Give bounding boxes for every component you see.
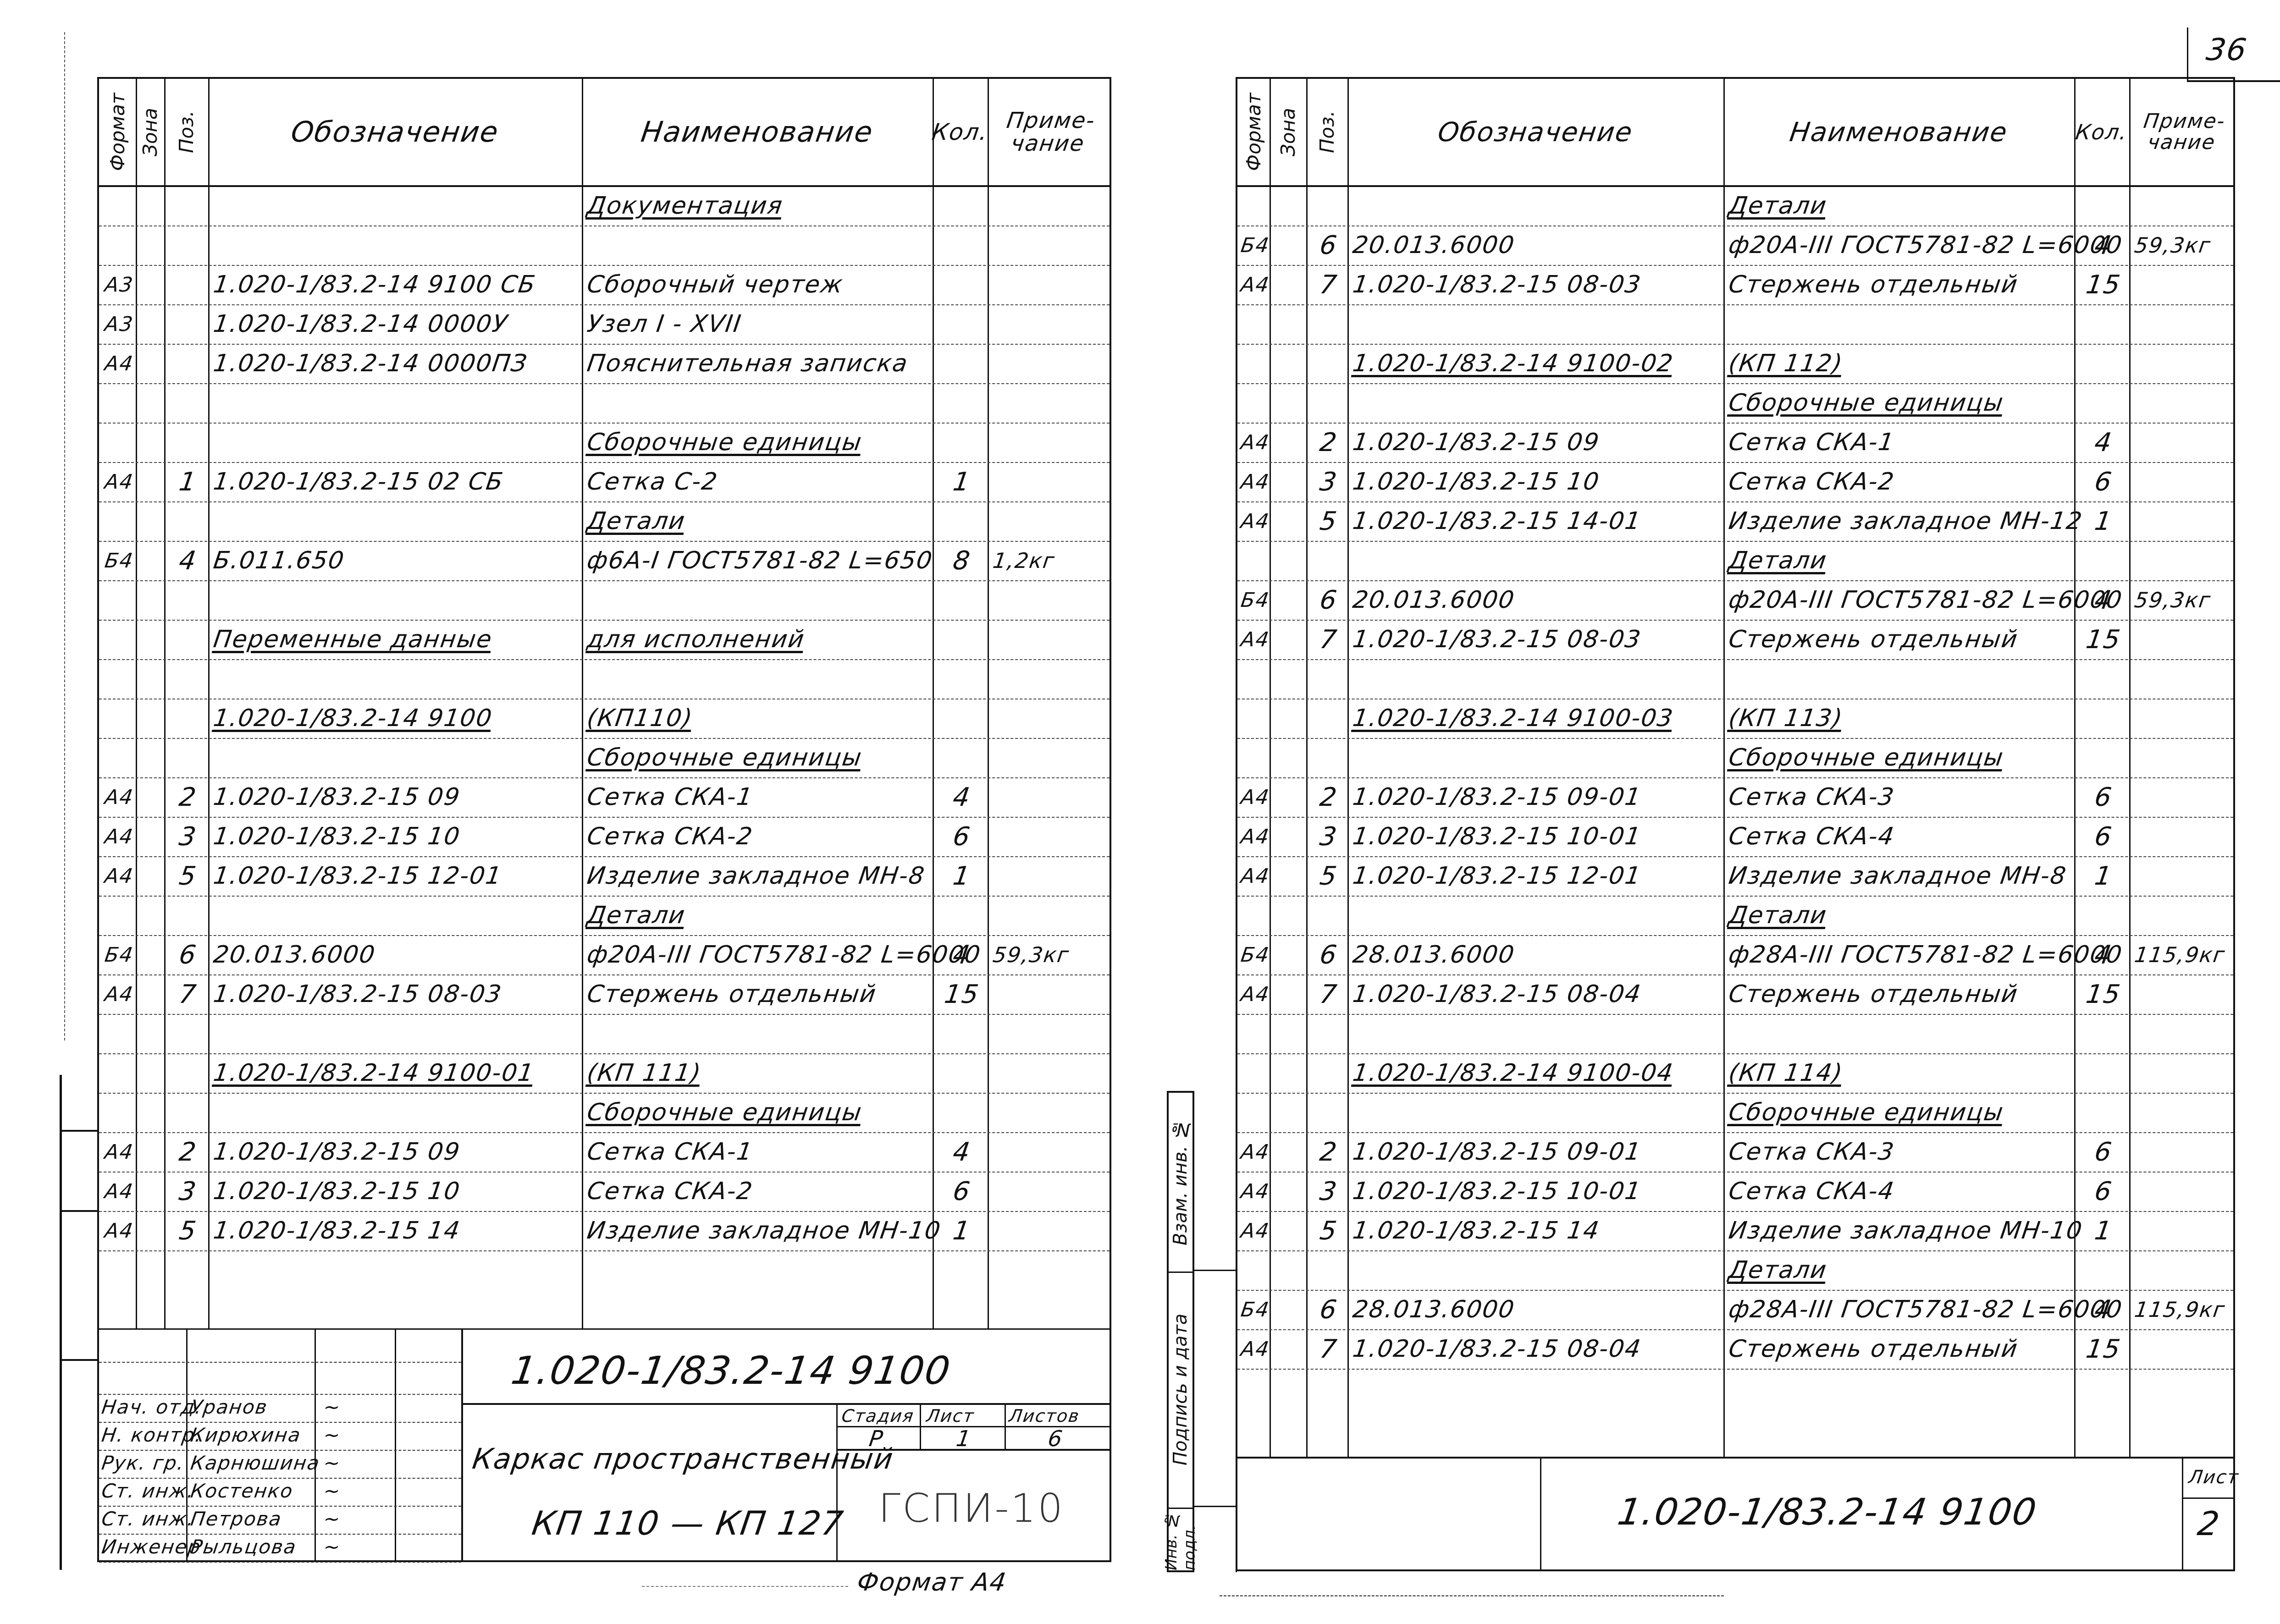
table-row: А431.020-1/83.2-15 10Сетка СКА-26 — [1237, 463, 2233, 501]
cell-designation: 1.020-1/83.2-15 08-04 — [1350, 975, 1724, 1013]
name-text: (КП 113) — [1727, 705, 1845, 732]
table-row: Документация — [99, 187, 1110, 225]
cell-pos: 3 — [1309, 818, 1348, 855]
cell-qty — [2077, 739, 2130, 776]
cell-note — [2132, 502, 2236, 540]
cell-qty — [935, 660, 988, 698]
cell-format: А4 — [1240, 621, 1270, 658]
cell-zone — [1272, 266, 1307, 303]
format-text: А4 — [1239, 1219, 1271, 1243]
row-divider — [1237, 1369, 2233, 1370]
cell-zone — [1272, 502, 1307, 540]
name-text: ф20А-III ГОСТ5781-82 L=6000 — [1727, 231, 2125, 259]
cell-name: Стержень отдельный — [1726, 266, 2075, 303]
cell-name: Стержень отдельный — [1726, 621, 2075, 658]
table-row: Сборочные единицы — [99, 424, 1110, 461]
cell-zone — [138, 739, 165, 776]
cell-pos: 2 — [1309, 1133, 1348, 1171]
cell-format: А4 — [1240, 1330, 1270, 1368]
cell-zone — [1272, 857, 1307, 895]
designation-text: 1.020-1/83.2-14 9100 СБ — [212, 271, 538, 298]
designation-text: 20.013.6000 — [212, 941, 377, 969]
binding-margin-tick — [60, 1130, 99, 1132]
cell-zone — [138, 187, 165, 225]
row-divider — [2182, 1497, 2233, 1499]
designation-text: Переменные данные — [212, 626, 494, 653]
col-header-designation: Обозначение — [1340, 79, 1731, 185]
cell-zone — [138, 226, 165, 264]
cell-qty: 6 — [2077, 1173, 2130, 1210]
cell-pos: 6 — [1309, 936, 1348, 974]
table-row: А421.020-1/83.2-15 09-01Сетка СКА-36 — [1237, 1133, 2233, 1171]
table-row: Детали — [1237, 542, 2233, 579]
table-row: Б4620.013.6000ф20А-III ГОСТ5781-82 L=600… — [99, 936, 1110, 974]
cell-zone — [1272, 699, 1307, 737]
format-text: А4 — [103, 825, 135, 848]
cell-zone — [1272, 778, 1307, 816]
cell-pos: 1 — [167, 463, 209, 501]
table-row: А431.020-1/83.2-15 10-01Сетка СКА-46 — [1237, 1173, 2233, 1210]
col-header-format: Формат — [99, 79, 136, 185]
cell-qty — [935, 305, 988, 343]
format-text: А4 — [103, 1219, 135, 1243]
cell-designation: 1.020-1/83.2-15 12-01 — [211, 857, 583, 895]
table-row — [1237, 660, 2233, 698]
cell-name: Сборочные единицы — [1726, 739, 2075, 776]
cell-pos — [1309, 1054, 1348, 1092]
stamp-interchange-inv: Взам. инв. № — [1169, 1093, 1192, 1272]
cell-designation — [1350, 305, 1724, 343]
cell-name: ф20А-III ГОСТ5781-82 L=6000 — [1726, 581, 2075, 619]
cell-qty: 4 — [2077, 424, 2130, 461]
cell-name — [585, 1015, 933, 1052]
cell-name: Сборочные единицы — [1726, 384, 2075, 422]
cell-qty: 15 — [2077, 975, 2130, 1013]
cell-zone — [138, 1094, 165, 1131]
footer-dashes — [642, 1586, 848, 1587]
cell-qty: 6 — [935, 1173, 988, 1210]
cell-designation: 1.020-1/83.2-15 10-01 — [1350, 818, 1724, 855]
table-row: А421.020-1/83.2-15 09Сетка СКА-14 — [99, 1133, 1110, 1171]
designation-text: 1.020-1/83.2-15 09-01 — [1351, 1138, 1643, 1166]
format-text: А4 — [1239, 470, 1271, 494]
cell-pos: 7 — [1309, 975, 1348, 1013]
col-header-format: Формат — [1237, 79, 1270, 185]
cell-note — [990, 621, 1112, 658]
cell-zone — [1272, 1173, 1307, 1210]
cell-designation: 28.013.6000 — [1350, 936, 1724, 974]
name-text: Сборочные единицы — [585, 1099, 864, 1126]
table-row: Детали — [1237, 1251, 2233, 1289]
cell-note — [990, 1094, 1112, 1131]
cell-zone — [138, 936, 165, 974]
name-text: Сетка СКА-1 — [585, 783, 755, 811]
cell-name: Сетка СКА-4 — [1726, 1173, 2075, 1210]
table-row: Сборочные единицы — [99, 1094, 1110, 1131]
cell-name — [585, 384, 933, 422]
cell-qty — [2077, 542, 2130, 579]
format-text: А3 — [103, 273, 135, 297]
cell-qty: 6 — [935, 818, 988, 855]
cell-designation — [1350, 1094, 1724, 1131]
cell-designation: 1.020-1/83.2-14 9100-01 — [211, 1054, 583, 1092]
cell-qty — [935, 226, 988, 264]
cell-pos — [1309, 345, 1348, 382]
cell-zone — [1272, 1054, 1307, 1092]
cell-designation — [1350, 897, 1724, 934]
cell-pos: 6 — [1309, 1291, 1348, 1328]
name-text: Пояснительная записка — [585, 350, 910, 377]
cell-qty — [2077, 187, 2130, 225]
cell-designation: 1.020-1/83.2-15 09 — [211, 778, 583, 816]
col-header-zone: Зона — [136, 79, 164, 185]
cell-name: Изделие закладное МН-8 — [1726, 857, 2075, 895]
format-text: А4 — [103, 352, 135, 375]
note-text: 115,9кг — [2133, 1297, 2227, 1322]
cell-designation: 1.020-1/83.2-15 08-03 — [211, 975, 583, 1013]
table-row: А471.020-1/83.2-15 08-04Стержень отдельн… — [1237, 975, 2233, 1013]
cell-designation: Б.011.650 — [211, 542, 583, 579]
cell-qty: 1 — [935, 1212, 988, 1250]
cell-pos — [167, 621, 209, 658]
designation-text: 1.020-1/83.2-15 14 — [212, 1217, 462, 1244]
designation-text: 1.020-1/83.2-15 09 — [212, 783, 462, 811]
staff-row: Ст. инж.Петрова~ — [99, 1506, 461, 1535]
cell-pos: 5 — [167, 857, 209, 895]
cell-qty — [935, 699, 988, 737]
col-divider — [461, 1330, 463, 1560]
cell-qty: 4 — [935, 1133, 988, 1171]
name-text: Изделие закладное МН-10 — [585, 1217, 943, 1244]
cell-pos — [1309, 305, 1348, 343]
col-header-note: Приме-чание — [2122, 79, 2245, 185]
cell-name: Документация — [585, 187, 933, 225]
cell-zone — [138, 345, 165, 382]
qty-text: 6 — [2093, 1177, 2114, 1206]
cell-note — [990, 463, 1112, 501]
table-row: Б4628.013.6000ф28А-III ГОСТ5781-82 L=600… — [1237, 1291, 2233, 1328]
cell-name: Сборочные единицы — [585, 424, 933, 461]
qty-text: 6 — [2093, 467, 2114, 497]
format-text: А4 — [1239, 983, 1271, 1006]
cell-name: Сетка С-2 — [585, 463, 933, 501]
cell-qty — [2077, 1251, 2130, 1289]
note-text: 59,3кг — [2133, 588, 2213, 612]
cell-pos: 2 — [167, 1133, 209, 1171]
cell-designation: 1.020-1/83.2-15 14 — [1350, 1212, 1724, 1250]
cell-pos — [1309, 1015, 1348, 1052]
cell-qty: 15 — [2077, 266, 2130, 303]
pos-text: 2 — [177, 1137, 199, 1167]
name-text: (КП 112) — [1727, 350, 1845, 377]
cell-designation: 1.020-1/83.2-14 9100 СБ — [211, 266, 583, 303]
qty-text: 1 — [2093, 506, 2114, 536]
qty-text: 4 — [951, 1137, 973, 1167]
cell-pos — [167, 660, 209, 698]
cell-zone — [1272, 936, 1307, 974]
cell-zone — [138, 1015, 165, 1052]
col-header-zone: Зона — [1270, 79, 1306, 185]
cell-pos: 2 — [1309, 778, 1348, 816]
cell-note — [2132, 1133, 2236, 1171]
designation-text: 1.020-1/83.2-14 0000ПЗ — [212, 350, 530, 377]
sheet-label: Лист — [925, 1406, 976, 1426]
cell-qty — [935, 581, 988, 619]
cell-zone — [138, 542, 165, 579]
name-text: Сборочный чертеж — [585, 271, 845, 298]
pos-text: 5 — [1318, 861, 1340, 891]
qty-text: 6 — [2093, 822, 2114, 852]
cell-pos — [1309, 542, 1348, 579]
cell-pos: 3 — [1309, 463, 1348, 501]
cell-format — [102, 502, 137, 540]
cell-note — [2132, 384, 2236, 422]
cell-zone — [1272, 897, 1307, 934]
qty-text: 8 — [951, 546, 973, 576]
cell-qty: 4 — [935, 778, 988, 816]
designation-text: 1.020-1/83.2-15 02 СБ — [212, 468, 506, 495]
cell-zone — [138, 621, 165, 658]
cell-name: Изделие закладное МН-12 — [1726, 502, 2075, 540]
cell-format: А4 — [102, 1212, 137, 1250]
designation-text: 1.020-1/83.2-15 08-04 — [1351, 1335, 1643, 1363]
cell-qty: 1 — [2077, 502, 2130, 540]
cell-note — [990, 699, 1112, 737]
cell-name: (КП110) — [585, 699, 933, 737]
col-header-pos: Поз. — [1306, 79, 1347, 185]
pos-text: 2 — [1318, 428, 1340, 457]
cell-note — [990, 1054, 1112, 1092]
format-label: Формат А4 — [856, 1568, 1009, 1596]
cell-zone — [1272, 345, 1307, 382]
cell-designation: 1.020-1/83.2-14 9100-02 — [1350, 345, 1724, 382]
name-text: Сетка СКА-2 — [585, 1178, 755, 1205]
cell-format: Б4 — [1240, 581, 1270, 619]
table-row: 1.020-1/83.2-14 9100-01(КП 111) — [99, 1054, 1110, 1092]
cell-note — [990, 305, 1112, 343]
cell-zone — [138, 305, 165, 343]
title-divider — [461, 1403, 1110, 1405]
table-row — [1237, 305, 2233, 343]
cell-pos — [167, 226, 209, 264]
cell-zone — [138, 857, 165, 895]
cell-name: ф6А-I ГОСТ5781-82 L=650 — [585, 542, 933, 579]
name-text: Сетка СКА-4 — [1727, 823, 1896, 850]
format-text: А4 — [103, 864, 135, 888]
cell-designation — [211, 424, 583, 461]
cell-note — [2132, 1173, 2236, 1210]
name-text: Документация — [585, 192, 785, 220]
cell-format — [1240, 739, 1270, 776]
cell-pos — [1309, 660, 1348, 698]
doc-code: 1.020-1/83.2-14 9100 — [508, 1348, 954, 1393]
col-header-name: Наименование — [1716, 79, 2082, 185]
cell-format — [102, 621, 137, 658]
format-text: А4 — [1239, 510, 1271, 533]
cell-qty — [935, 187, 988, 225]
cell-note — [2132, 345, 2236, 382]
sheets-value: 6 — [1046, 1426, 1065, 1452]
qty-text: 6 — [2093, 782, 2114, 812]
staff-signature: ~ — [322, 1396, 342, 1418]
qty-text: 15 — [943, 980, 981, 1009]
footer-doc-code: 1.020-1/83.2-14 9100 — [1615, 1491, 2040, 1533]
cell-designation — [1350, 739, 1724, 776]
table-row: Сборочные единицы — [1237, 739, 2233, 776]
cell-qty — [935, 345, 988, 382]
cell-format — [102, 187, 137, 225]
cell-format — [102, 1015, 137, 1052]
cell-designation — [211, 1094, 583, 1131]
table-row — [99, 1015, 1110, 1052]
stamp-divider — [1194, 1270, 1236, 1271]
side-stamp: Взам. инв. № Подпись и дата Инв. № подл. — [1167, 1091, 1194, 1572]
format-text: А4 — [103, 1140, 135, 1164]
cell-pos: 6 — [1309, 581, 1348, 619]
table-row: Переменные данныедля исполнений — [99, 621, 1110, 658]
designation-text: 1.020-1/83.2-15 10-01 — [1351, 1178, 1643, 1205]
name-text: Узел I - XVII — [585, 310, 744, 338]
name-text: Стержень отдельный — [1727, 1335, 2020, 1363]
name-text: Детали — [585, 902, 687, 929]
note-text: 115,9кг — [2133, 942, 2227, 967]
cell-pos: 5 — [1309, 1212, 1348, 1250]
pos-text: 7 — [1318, 270, 1340, 300]
cell-qty: 6 — [2077, 1133, 2130, 1171]
name-text: Стержень отдельный — [1727, 980, 2020, 1008]
cell-pos — [167, 1015, 209, 1052]
staff-role: Н. контр. — [100, 1424, 204, 1446]
pos-text: 6 — [1318, 1295, 1340, 1325]
cell-name: Сетка СКА-2 — [1726, 463, 2075, 501]
name-text: Стержень отдельный — [1727, 626, 2020, 653]
cell-note — [990, 226, 1112, 264]
cell-qty: 4 — [2077, 226, 2130, 264]
cell-designation — [211, 897, 583, 934]
pos-text: 7 — [1318, 1334, 1340, 1364]
pos-text: 2 — [1318, 782, 1340, 812]
table-row: Сборочные единицы — [99, 739, 1110, 776]
cell-name: Сетка СКА-1 — [585, 778, 933, 816]
stage-label: Стадия — [840, 1406, 916, 1426]
table-row: А471.020-1/83.2-15 08-03Стержень отдельн… — [1237, 621, 2233, 658]
staff-name: Уранов — [189, 1396, 270, 1418]
cell-name — [1726, 305, 2075, 343]
staff-row: Ст. инж.Костенко~ — [99, 1478, 461, 1507]
cell-designation — [1350, 1251, 1724, 1289]
note-text: 59,3кг — [2133, 233, 2213, 258]
cell-zone — [138, 1054, 165, 1092]
staff-name: Карнюшина — [189, 1452, 322, 1474]
cell-name: (КП 112) — [1726, 345, 2075, 382]
format-text: А4 — [103, 470, 135, 494]
staff-name: Кирюхина — [189, 1424, 303, 1446]
name-text: Сетка СКА-3 — [1727, 1138, 1896, 1166]
cell-format: Б4 — [102, 936, 137, 974]
cell-qty: 6 — [2077, 818, 2130, 855]
cell-format — [102, 660, 137, 698]
binding-margin-tick — [60, 1210, 99, 1212]
cell-note — [990, 818, 1112, 855]
pos-text: 3 — [177, 1177, 199, 1206]
cell-qty: 4 — [935, 936, 988, 974]
table-row: А471.020-1/83.2-15 08-03Стержень отдельн… — [99, 975, 1110, 1013]
cell-name: Изделие закладное МН-8 — [585, 857, 933, 895]
cell-qty: 4 — [2077, 581, 2130, 619]
cell-format: А4 — [102, 778, 137, 816]
cell-format: А4 — [102, 463, 137, 501]
qty-text: 1 — [951, 1216, 973, 1246]
qty-text: 1 — [951, 467, 973, 497]
cell-zone — [1272, 1330, 1307, 1368]
name-text: Сетка СКА-4 — [1727, 1178, 1896, 1205]
cell-zone — [1272, 1015, 1307, 1052]
staff-name: Петрова — [189, 1508, 284, 1530]
cell-qty: 4 — [2077, 1291, 2130, 1328]
table-row: А431.020-1/83.2-15 10Сетка СКА-26 — [99, 1173, 1110, 1210]
cell-zone — [138, 975, 165, 1013]
format-text: А4 — [103, 1180, 135, 1203]
designation-text: 1.020-1/83.2-15 09 — [1351, 429, 1601, 456]
cell-qty — [935, 384, 988, 422]
cell-note — [990, 1015, 1112, 1052]
cell-note — [2132, 818, 2236, 855]
cell-format: А4 — [102, 975, 137, 1013]
cell-pos: 5 — [1309, 857, 1348, 895]
cell-name: Сетка СКА-3 — [1726, 1133, 2075, 1171]
table-row: А471.020-1/83.2-15 08-03Стержень отдельн… — [1237, 266, 2233, 303]
cell-pos: 6 — [167, 936, 209, 974]
cell-format — [102, 384, 137, 422]
staff-signature: ~ — [322, 1424, 342, 1446]
cell-note — [2132, 778, 2236, 816]
cell-note: 115,9кг — [2132, 936, 2236, 974]
cell-pos: 6 — [1309, 226, 1348, 264]
cell-designation: 1.020-1/83.2-15 10 — [1350, 463, 1724, 501]
cell-designation: 1.020-1/83.2-15 09-01 — [1350, 778, 1724, 816]
name-text: Сетка СКА-3 — [1727, 783, 1896, 811]
format-text: Б4 — [103, 549, 135, 573]
cell-designation: 1.020-1/83.2-14 9100-03 — [1350, 699, 1724, 737]
cell-format — [102, 1054, 137, 1092]
cell-format — [1240, 897, 1270, 934]
cell-zone — [1272, 1094, 1307, 1131]
org-name: ГСПИ-10 — [878, 1486, 1065, 1531]
cell-note — [990, 187, 1112, 225]
name-text: для исполнений — [585, 626, 806, 653]
staff-row: Н. контр.Кирюхина~ — [99, 1422, 461, 1451]
cell-pos — [1309, 384, 1348, 422]
designation-text: 1.020-1/83.2-15 10 — [212, 1178, 462, 1205]
footer-sheet-label: Лист — [2187, 1467, 2241, 1488]
table-row: Б4620.013.6000ф20А-III ГОСТ5781-82 L=600… — [1237, 226, 2233, 264]
designation-text: 1.020-1/83.2-14 9100-01 — [212, 1059, 536, 1087]
table-row: А451.020-1/83.2-15 14Изделие закладное М… — [99, 1212, 1110, 1250]
cell-note — [2132, 187, 2236, 225]
designation-text: 1.020-1/83.2-15 12-01 — [1351, 862, 1643, 890]
footer-sheet-number: 2 — [2195, 1504, 2223, 1543]
staff-row: ИнженерРыльцова~ — [99, 1534, 461, 1563]
designation-text: 1.020-1/83.2-15 12-01 — [212, 862, 504, 890]
cell-format — [1240, 1094, 1270, 1131]
cell-note: 1,2кг — [990, 542, 1112, 579]
table-row: 1.020-1/83.2-14 9100(КП110) — [99, 699, 1110, 737]
cell-qty — [2077, 699, 2130, 737]
cell-note — [990, 502, 1112, 540]
format-text: Б4 — [1239, 234, 1271, 257]
table-row: 1.020-1/83.2-14 9100-02(КП 112) — [1237, 345, 2233, 382]
name-text: Сетка СКА-1 — [1727, 429, 1896, 456]
